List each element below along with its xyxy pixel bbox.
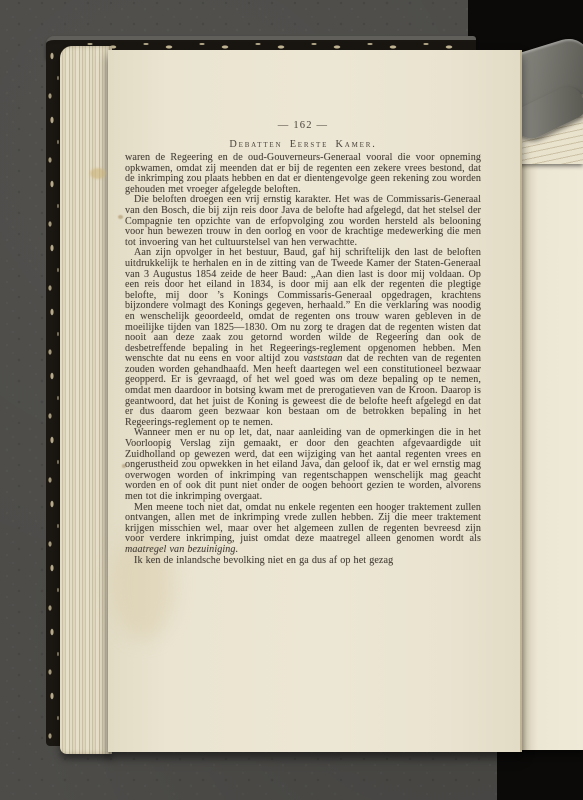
book-page: — 162 — Debatten Eerste Kamer. waren de … <box>108 50 522 752</box>
paragraph: Aan zijn opvolger in het bestuur, Baud, … <box>125 248 481 428</box>
text-segment: Aan zijn opvolger in het bestuur, Baud, … <box>125 247 481 364</box>
text-segment: Wanneer men er nu op let, dat, naar aanl… <box>125 427 481 502</box>
text-segment: dat de rechten van de regenten zouden wo… <box>125 353 481 428</box>
scan-gap-bottom-right <box>497 744 583 800</box>
paragraph: waren de Regeering en de oud-Gouverneurs… <box>125 153 481 195</box>
paragraph: Ik ken de inlandsche bevolking niet en g… <box>125 556 481 567</box>
paragraph: Men meene toch niet dat, omdat nu enkele… <box>125 503 481 556</box>
paper-stain <box>118 215 123 219</box>
text-segment-italic: vaststaan <box>304 353 343 364</box>
text-block: — 162 — Debatten Eerste Kamer. waren de … <box>125 120 481 566</box>
page-number: — 162 — <box>125 120 481 131</box>
body-text: waren de Regeering en de oud-Gouverneurs… <box>125 153 481 566</box>
text-segment-italic: maatregel van bezuiniging. <box>125 544 238 555</box>
paragraph: Die beloften droegen een vrij ernstig ka… <box>125 195 481 248</box>
page-stack-fore-edge <box>60 46 112 754</box>
scanned-book-photo: — 162 — Debatten Eerste Kamer. waren de … <box>0 0 583 800</box>
running-header: Debatten Eerste Kamer. <box>125 139 481 150</box>
text-segment: Die beloften droegen een vrij ernstig ka… <box>125 194 481 247</box>
text-segment: waren de Regeering en de oud-Gouverneurs… <box>125 152 481 195</box>
facing-page <box>520 148 583 750</box>
text-segment: Men meene toch niet dat, omdat nu enkele… <box>125 502 481 545</box>
text-segment: Ik ken de inlandsche bevolking niet en g… <box>134 555 393 566</box>
paragraph: Wanneer men er nu op let, dat, naar aanl… <box>125 428 481 502</box>
